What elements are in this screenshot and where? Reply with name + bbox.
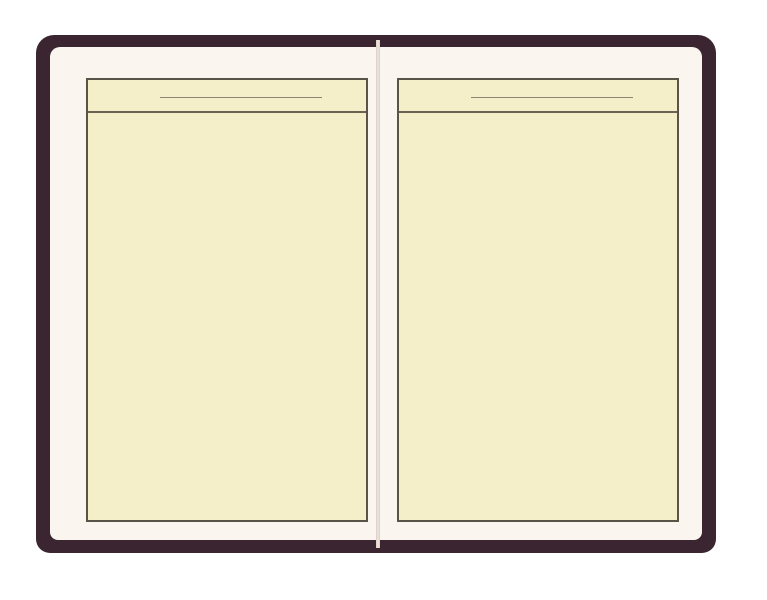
ledger-table-right <box>397 78 679 522</box>
ledger-table-left <box>86 78 368 522</box>
spine <box>376 40 380 548</box>
ledger-header <box>399 80 677 113</box>
ledger-header <box>88 80 366 113</box>
